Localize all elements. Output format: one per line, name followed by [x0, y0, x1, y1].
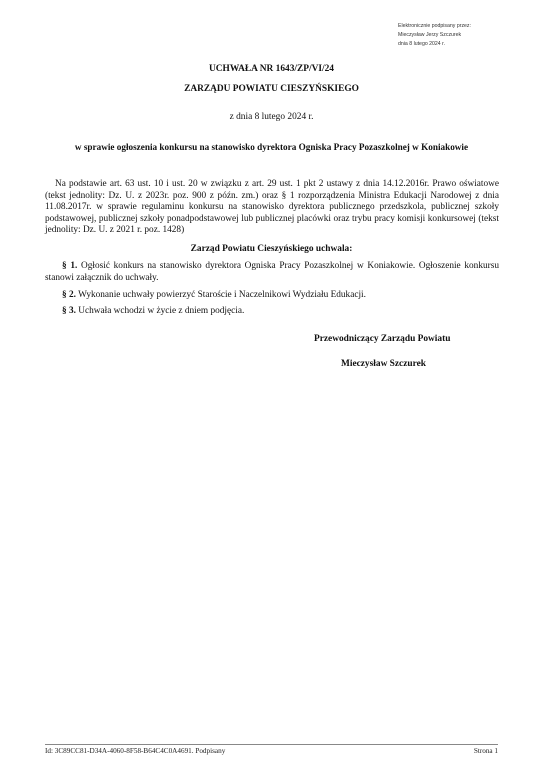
section-3: § 3. Uchwała wchodzi w życie z dniem pod…	[45, 306, 499, 318]
section-1-text: Ogłosić konkurs na stanowisko dyrektora …	[45, 261, 499, 283]
section-3-mark: § 3.	[62, 306, 76, 316]
resolution-subject: w sprawie ogłoszenia konkursu na stanowi…	[0, 142, 543, 152]
section-2-text: Wykonanie uchwały powierzyć Staroście i …	[78, 290, 366, 300]
section-3-text: Uchwała wchodzi w życie z dniem podjęcia…	[78, 306, 244, 316]
resolves-heading: Zarząd Powiatu Cieszyńskiego uchwala:	[0, 244, 543, 254]
signature-stamp-line3: dnia 8 lutego 2024 r.	[398, 40, 471, 49]
section-2-mark: § 2.	[62, 290, 76, 300]
legal-basis-paragraph: Na podstawie art. 63 ust. 10 i ust. 20 w…	[45, 179, 499, 237]
page-number: Strona 1	[474, 747, 498, 755]
signature-stamp-line1: Elektronicznie podpisany przez:	[398, 22, 471, 31]
signatory-name: Mieczysław Szczurek	[341, 359, 426, 369]
resolution-date: z dnia 8 lutego 2024 r.	[0, 112, 543, 122]
section-2: § 2. Wykonanie uchwały powierzyć Starośc…	[45, 290, 499, 302]
document-id: Id: 3C89CC81-D34A-4060-8F58-B64C4C0A4691…	[45, 747, 225, 755]
footer-divider	[45, 744, 498, 745]
section-1-mark: § 1.	[62, 261, 77, 271]
resolution-title: UCHWAŁA NR 1643/ZP/VI/24	[0, 64, 543, 74]
signature-stamp-line2: Mieczysław Jerzy Szczurek	[398, 31, 471, 40]
electronic-signature-stamp: Elektronicznie podpisany przez: Mieczysł…	[398, 22, 471, 49]
signatory-role: Przewodniczący Zarządu Powiatu	[314, 334, 450, 344]
section-1: § 1. Ogłosić konkurs na stanowisko dyrek…	[45, 261, 499, 284]
resolution-issuer: ZARZĄDU POWIATU CIESZYŃSKIEGO	[0, 84, 543, 94]
